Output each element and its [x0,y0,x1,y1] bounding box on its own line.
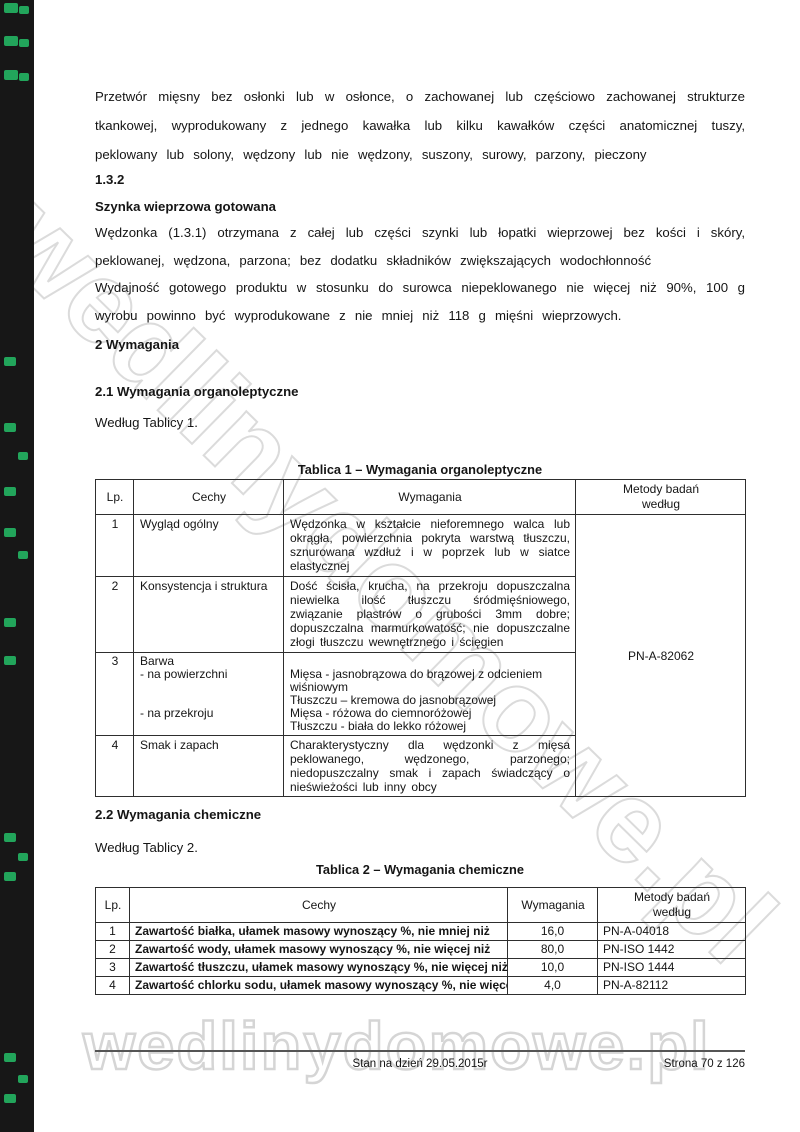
section-title-1-3-2: Szynka wieprzowa gotowana [95,193,745,221]
row-requirement: Dość ścisła, krucha, na przekroju dopusz… [284,577,576,653]
row-feature: Zawartość tłuszczu, ułamek masowy wynosz… [130,959,508,977]
table-1-col-header: Lp. [96,480,134,515]
paragraph-wedzonka: Wędzonka (1.3.1) otrzymana z całej lub c… [95,219,745,275]
row-feature: Barwa - na powierzchni - na przekroju [134,653,284,736]
annotation-mark[interactable] [4,36,18,46]
row-requirement-value: 4,0 [508,977,598,995]
paragraph-wydajnosc: Wydajność gotowego produktu w stosunku d… [95,274,745,330]
row-feature: Smak i zapach [134,736,284,797]
table-row: 3Zawartość tłuszczu, ułamek masowy wynos… [96,959,746,977]
row-number: 4 [96,977,130,995]
annotation-mark[interactable] [4,1094,16,1103]
annotation-mark[interactable] [4,70,18,80]
document-page: wedlinydomowe.pl wedlinydomowe.pl Przetw… [0,0,800,1132]
table-1-col-header: Metody badań według [576,480,746,515]
footer-divider [95,1050,745,1052]
table-2-col-header: Metody badań według [598,888,746,923]
row-number: 3 [96,653,134,736]
row-feature: Zawartość białka, ułamek masowy wynosząc… [130,923,508,941]
row-requirement: Charakterystyczny dla wędzonki z mięsa p… [284,736,576,797]
row-number: 2 [96,577,134,653]
table-row: 2Zawartość wody, ułamek masowy wynoszący… [96,941,746,959]
row-feature: Konsystencja i struktura [134,577,284,653]
row-method-standard: PN-A-82112 [598,977,746,995]
table-2-col-header: Cechy [130,888,508,923]
annotation-mark[interactable] [4,423,16,432]
row-requirement: Wędzonka w kształcie nieforemnego walca … [284,515,576,577]
annotation-mark[interactable] [4,357,16,366]
annotation-mark[interactable] [18,551,28,559]
row-number: 3 [96,959,130,977]
row-number: 1 [96,515,134,577]
annotation-mark[interactable] [19,73,29,81]
row-method-standard: PN-A-04018 [598,923,746,941]
table-2-col-header: Lp. [96,888,130,923]
annotation-mark[interactable] [19,39,29,47]
row-method-standard: PN-A-82062 [576,515,746,797]
annotation-mark[interactable] [4,618,16,627]
annotation-mark[interactable] [19,6,29,14]
row-feature: Zawartość chlorku sodu, ułamek masowy wy… [130,977,508,995]
annotation-mark[interactable] [4,528,16,537]
annotation-mark[interactable] [18,853,28,861]
intro-paragraph: Przetwór mięsny bez osłonki lub w osłonc… [95,82,745,169]
row-number: 4 [96,736,134,797]
table-2-header-row: Lp.CechyWymaganiaMetody badań według [96,888,746,923]
section-number-1-3-2: 1.3.2 [95,166,745,194]
table-1-col-header: Cechy [134,480,284,515]
row-feature: Zawartość wody, ułamek masowy wynoszący … [130,941,508,959]
row-requirement-value: 16,0 [508,923,598,941]
annotation-mark[interactable] [4,1053,16,1062]
table-2-col-header: Wymagania [508,888,598,923]
table-organoleptic: Lp.CechyWymaganiaMetody badań według 1Wy… [95,479,746,797]
annotation-mark[interactable] [4,656,16,665]
row-method-standard: PN-ISO 1442 [598,941,746,959]
row-requirement-value: 80,0 [508,941,598,959]
table-row: 1Zawartość białka, ułamek masowy wynoszą… [96,923,746,941]
annotation-mark[interactable] [4,487,16,496]
row-requirement: Mięsa - jasnobrązowa do brązowej z odcie… [284,653,576,736]
footer-page-number: Strona 70 z 126 [664,1057,745,1072]
row-number: 1 [96,923,130,941]
section-2-2-heading: 2.2 Wymagania chemiczne [95,801,745,829]
table-chemical: Lp.CechyWymaganiaMetody badań według 1Za… [95,887,746,995]
table-row: 1Wygląd ogólnyWędzonka w kształcie niefo… [96,515,746,577]
annotation-mark[interactable] [18,452,28,460]
row-requirement-value: 10,0 [508,959,598,977]
annotation-mark[interactable] [4,3,18,13]
section-2-1-heading: 2.1 Wymagania organoleptyczne [95,378,745,406]
footer: Stan na dzień 29.05.2015r Strona 70 z 12… [95,1057,745,1072]
annotation-mark[interactable] [4,833,16,842]
section-2-heading: 2 Wymagania [95,331,745,359]
annotation-mark[interactable] [18,1075,28,1083]
table-1-header-row: Lp.CechyWymaganiaMetody badań według [96,480,746,515]
footer-status-date: Stan na dzień 29.05.2015r [95,1057,745,1072]
row-method-standard: PN-ISO 1444 [598,959,746,977]
annotation-mark[interactable] [4,872,16,881]
table-row: 4Zawartość chlorku sodu, ułamek masowy w… [96,977,746,995]
row-number: 2 [96,941,130,959]
table-2-caption: Tablica 2 – Wymagania chemiczne [95,856,745,884]
watermark-bottom: wedlinydomowe.pl [83,1008,711,1085]
row-feature: Wygląd ogólny [134,515,284,577]
section-2-1-intro: Według Tablicy 1. [95,409,745,437]
annotation-sidebar [0,0,34,1132]
table-1-col-header: Wymagania [284,480,576,515]
